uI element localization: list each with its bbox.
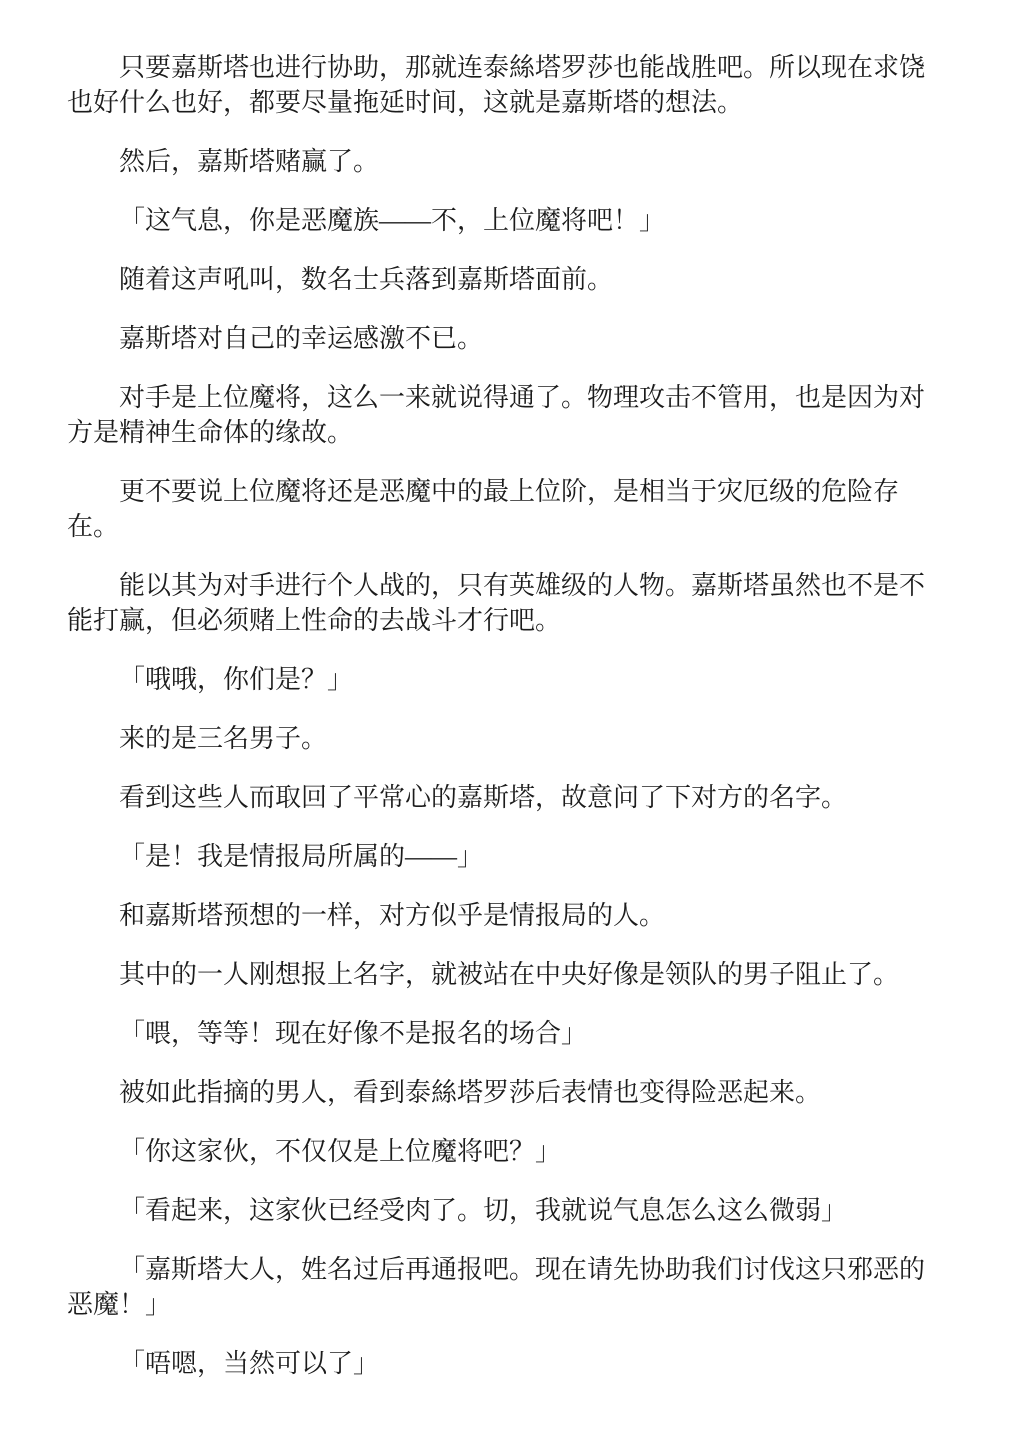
paragraph: 更不要说上位魔将还是恶魔中的最上位阶，是相当于灾厄级的危险存在。 — [67, 474, 947, 544]
paragraph-dialogue: 「是！我是情报局所属的——」 — [67, 839, 947, 874]
document-page: 只要嘉斯塔也进行协助，那就连泰絲塔罗莎也能战胜吧。所以现在求饶也好什么也好，都要… — [0, 0, 1017, 1437]
paragraph: 看到这些人而取回了平常心的嘉斯塔，故意问了下对方的名字。 — [67, 780, 947, 815]
paragraph-dialogue: 「喂，等等！现在好像不是报名的场合」 — [67, 1016, 947, 1051]
paragraph: 嘉斯塔对自己的幸运感激不已。 — [67, 321, 947, 356]
paragraph: 其中的一人刚想报上名字，就被站在中央好像是领队的男子阻止了。 — [67, 957, 947, 992]
paragraph: 来的是三名男子。 — [67, 721, 947, 756]
paragraph-dialogue: 「看起来，这家伙已经受肉了。切，我就说气息怎么这么微弱」 — [67, 1193, 947, 1228]
paragraph-dialogue: 「唔嗯，当然可以了」 — [67, 1346, 947, 1381]
paragraph: 被如此指摘的男人，看到泰絲塔罗莎后表情也变得险恶起来。 — [67, 1075, 947, 1110]
paragraph: 对手是上位魔将，这么一来就说得通了。物理攻击不管用，也是因为对方是精神生命体的缘… — [67, 380, 947, 450]
paragraph-dialogue: 「哦哦，你们是？」 — [67, 662, 947, 697]
paragraph: 随着这声吼叫，数名士兵落到嘉斯塔面前。 — [67, 262, 947, 297]
paragraph: 然后，嘉斯塔赌赢了。 — [67, 144, 947, 179]
paragraph: 和嘉斯塔预想的一样，对方似乎是情报局的人。 — [67, 898, 947, 933]
paragraph: 只要嘉斯塔也进行协助，那就连泰絲塔罗莎也能战胜吧。所以现在求饶也好什么也好，都要… — [67, 50, 947, 120]
paragraph: 能以其为对手进行个人战的，只有英雄级的人物。嘉斯塔虽然也不是不能打赢，但必须赌上… — [67, 568, 947, 638]
paragraph-dialogue: 「这气息，你是恶魔族——不，上位魔将吧！」 — [67, 203, 947, 238]
paragraph-dialogue: 「嘉斯塔大人，姓名过后再通报吧。现在请先协助我们讨伐这只邪恶的恶魔！」 — [67, 1252, 947, 1322]
paragraph-dialogue: 「你这家伙，不仅仅是上位魔将吧？」 — [67, 1134, 947, 1169]
